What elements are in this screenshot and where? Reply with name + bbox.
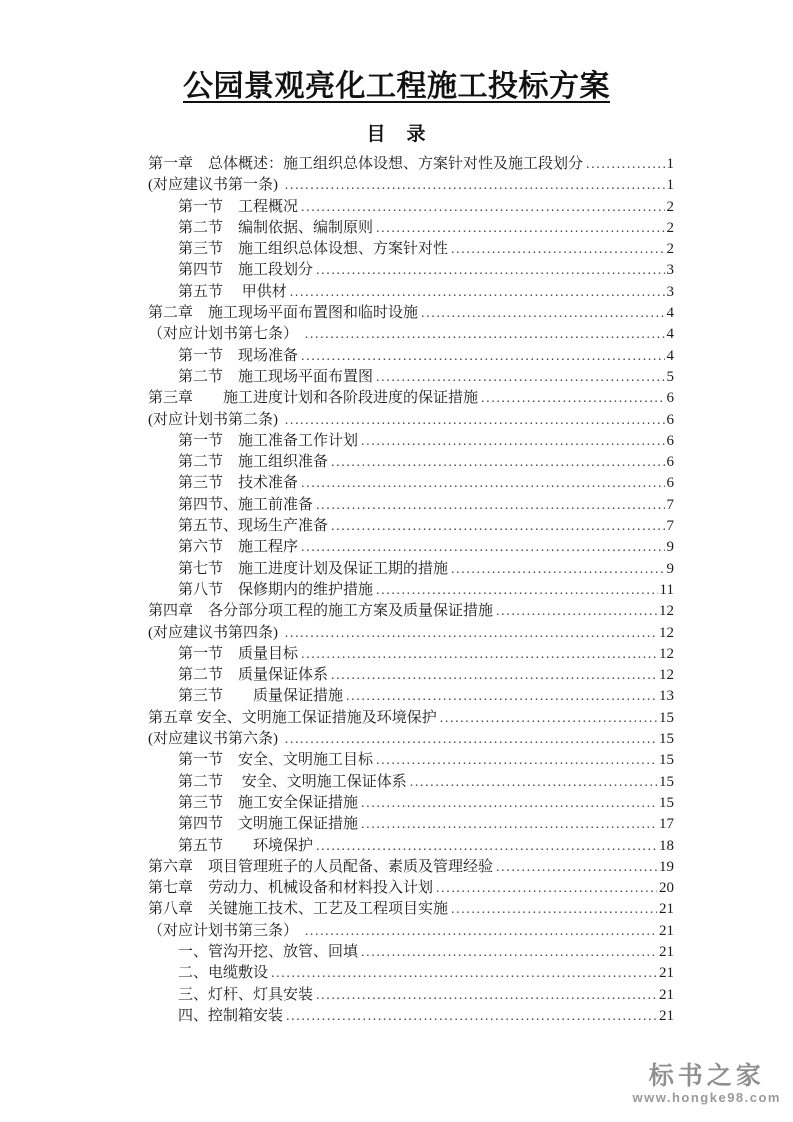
toc-dot-leader [285, 175, 665, 196]
toc-entry-text: 第二节 质量保证体系 [178, 665, 328, 686]
toc-page-number: 2 [667, 239, 675, 260]
toc-entry[interactable]: 第三节 质量保证措施13 [148, 686, 674, 707]
toc-entry-text: 第六章 项目管理班子的人员配备、素质及管理经验 [148, 857, 493, 878]
toc-list: 第一章 总体概述：施工组织总体设想、方案针对性及施工段划分1(对应建议书第一条)… [148, 154, 674, 1027]
toc-dot-leader [301, 644, 657, 665]
toc-entry[interactable]: 第二节 编制依据、编制原则2 [148, 218, 674, 239]
toc-entry[interactable]: (对应建议书第一条) 1 [148, 175, 674, 196]
toc-page-number: 9 [667, 559, 675, 580]
toc-entry[interactable]: 第一节 质量目标12 [148, 644, 674, 665]
toc-page-number: 6 [667, 431, 675, 452]
watermark-brand: 标书之家 [633, 1062, 782, 1090]
toc-page-number: 19 [659, 857, 674, 878]
toc-dot-leader [451, 239, 664, 260]
toc-entry-text: 第三节 施工安全保证措施 [178, 793, 358, 814]
toc-entry[interactable]: 一、管沟开挖、放管、回填21 [148, 942, 674, 963]
toc-page-number: 15 [659, 772, 674, 793]
toc-page-number: 15 [659, 750, 674, 771]
toc-page-number: 6 [667, 452, 675, 473]
toc-dot-leader [361, 942, 657, 963]
toc-entry[interactable]: 第八章 关键施工技术、工艺及工程项目实施21 [148, 899, 674, 920]
toc-entry-text: 第四章 各分部分项工程的施工方案及质量保证措施 [148, 601, 493, 622]
toc-page-number: 21 [659, 963, 674, 984]
toc-dot-leader [286, 1006, 657, 1027]
toc-entry[interactable]: 第六节 施工程序9 [148, 537, 674, 558]
toc-entry-text: 第二节 施工现场平面布置图 [178, 367, 373, 388]
toc-entry[interactable]: 第八节 保修期内的维护措施11 [148, 580, 674, 601]
toc-entry-text: 第四节 施工段划分 [178, 260, 313, 281]
toc-entry[interactable]: 第二节 安全、文明施工保证体系15 [148, 772, 674, 793]
toc-page-number: 18 [659, 836, 674, 857]
toc-entry[interactable]: 第七章 劳动力、机械设备和材料投入计划20 [148, 878, 674, 899]
toc-entry-text: 四、控制箱安装 [178, 1006, 283, 1027]
toc-entry[interactable]: 第四节 施工段划分3 [148, 260, 674, 281]
toc-page-number: 21 [659, 942, 674, 963]
toc-page-number: 12 [659, 644, 674, 665]
toc-page-number: 21 [659, 899, 674, 920]
toc-entry-text: 第二章 施工现场平面布置图和临时设施 [148, 303, 418, 324]
toc-dot-leader [290, 282, 665, 303]
toc-entry[interactable]: 第一节 施工准备工作计划6 [148, 431, 674, 452]
toc-entry-text: （对应计划书第三条） [148, 921, 302, 942]
toc-dot-leader [305, 921, 657, 942]
toc-entry-text: (对应建议书第六条) [148, 729, 282, 750]
toc-entry-text: 第二节 编制依据、编制原则 [178, 218, 373, 239]
toc-entry[interactable]: 第三节 施工组织总体设想、方案针对性2 [148, 239, 674, 260]
toc-dot-leader [436, 878, 657, 899]
toc-dot-leader [496, 857, 657, 878]
toc-entry[interactable]: 三、灯杆、灯具安装21 [148, 985, 674, 1006]
toc-page-number: 15 [659, 708, 674, 729]
toc-entry-text: (对应计划书第二条) [148, 410, 282, 431]
toc-entry-text: (对应建议书第四条) [148, 623, 282, 644]
toc-page-number: 15 [659, 793, 674, 814]
toc-entry[interactable]: 第四节 文明施工保证措施17 [148, 814, 674, 835]
toc-entry-text: 三、灯杆、灯具安装 [178, 985, 313, 1006]
toc-dot-leader [376, 218, 664, 239]
toc-entry[interactable]: 第五节、现场生产准备7 [148, 516, 674, 537]
toc-entry-text: 第三节 质量保证措施 [178, 686, 343, 707]
toc-entry[interactable]: （对应计划书第七条） 4 [148, 324, 674, 345]
toc-entry[interactable]: 第五节 甲供材3 [148, 282, 674, 303]
toc-dot-leader [421, 303, 664, 324]
toc-dot-leader [361, 793, 657, 814]
toc-entry-text: (对应建议书第一条) [148, 175, 282, 196]
toc-dot-leader [376, 580, 658, 601]
toc-page-number: 4 [667, 346, 675, 367]
watermark: 标书之家 www.hongke98.com [633, 1062, 782, 1106]
toc-entry[interactable]: 第一章 总体概述：施工组织总体设想、方案针对性及施工段划分1 [148, 154, 674, 175]
watermark-url: www.hongke98.com [633, 1090, 782, 1106]
toc-entry[interactable]: (对应建议书第六条) 15 [148, 729, 674, 750]
document-page: 公园景观亮化工程施工投标方案 目 录 第一章 总体概述：施工组织总体设想、方案针… [0, 0, 793, 1122]
toc-dot-leader [586, 154, 664, 175]
toc-entry-text: 第五章 安全、文明施工保证措施及环境保护 [148, 708, 437, 729]
toc-page-number: 2 [667, 218, 675, 239]
toc-entry-text: 第一节 质量目标 [178, 644, 298, 665]
toc-dot-leader [496, 601, 657, 622]
toc-entry-text: 第三节 施工组织总体设想、方案针对性 [178, 239, 448, 260]
toc-page-number: 6 [667, 388, 675, 409]
toc-dot-leader [271, 963, 657, 984]
toc-dot-leader [305, 324, 665, 345]
toc-entry[interactable]: （对应计划书第三条） 21 [148, 921, 674, 942]
toc-entry[interactable]: 第三章 施工进度计划和各阶段进度的保证措施6 [148, 388, 674, 409]
toc-entry[interactable]: 第七节 施工进度计划及保证工期的措施9 [148, 559, 674, 580]
toc-dot-leader [451, 899, 657, 920]
toc-page-number: 1 [667, 175, 675, 196]
toc-entry-text: 第六节 施工程序 [178, 537, 298, 558]
toc-page-number: 9 [667, 537, 675, 558]
toc-heading: 目 录 [0, 122, 793, 148]
toc-page-number: 13 [659, 686, 674, 707]
toc-entry-text: 第二节 施工组织准备 [178, 452, 328, 473]
toc-entry-text: 第八章 关键施工技术、工艺及工程项目实施 [148, 899, 448, 920]
toc-entry-text: 第七章 劳动力、机械设备和材料投入计划 [148, 878, 433, 899]
toc-dot-leader [361, 814, 657, 835]
toc-entry-text: 第五节、现场生产准备 [178, 516, 328, 537]
toc-dot-leader [361, 431, 664, 452]
toc-page-number: 6 [667, 473, 675, 494]
toc-dot-leader [301, 473, 664, 494]
toc-dot-leader [440, 708, 657, 729]
toc-dot-leader [301, 346, 664, 367]
toc-dot-leader [376, 367, 664, 388]
toc-entry-text: 第八节 保修期内的维护措施 [178, 580, 373, 601]
toc-dot-leader [481, 388, 664, 409]
toc-page-number: 1 [667, 154, 675, 175]
toc-dot-leader [331, 665, 657, 686]
toc-page-number: 17 [659, 814, 674, 835]
toc-page-number: 21 [659, 1006, 674, 1027]
toc-page-number: 4 [667, 303, 675, 324]
toc-entry[interactable]: 第二节 施工现场平面布置图5 [148, 367, 674, 388]
toc-page-number: 6 [667, 410, 675, 431]
toc-entry[interactable]: 二、电缆敷设21 [148, 963, 674, 984]
toc-page-number: 20 [659, 878, 674, 899]
toc-page-number: 4 [667, 324, 675, 345]
toc-page-number: 11 [660, 580, 674, 601]
toc-dot-leader [285, 623, 657, 644]
toc-entry[interactable]: 第五章 安全、文明施工保证措施及环境保护15 [148, 708, 674, 729]
toc-entry[interactable]: 第三节 施工安全保证措施15 [148, 793, 674, 814]
toc-dot-leader [301, 197, 664, 218]
toc-dot-leader [285, 729, 657, 750]
toc-entry[interactable]: 第一节 工程概况2 [148, 197, 674, 218]
toc-entry[interactable]: 第二节 施工组织准备6 [148, 452, 674, 473]
toc-entry[interactable]: (对应建议书第四条) 12 [148, 623, 674, 644]
toc-page-number: 21 [659, 921, 674, 942]
toc-dot-leader [410, 772, 657, 793]
toc-entry-text: 第三章 施工进度计划和各阶段进度的保证措施 [148, 388, 478, 409]
toc-entry[interactable]: 四、控制箱安装21 [148, 1006, 674, 1027]
toc-page-number: 12 [659, 601, 674, 622]
toc-entry[interactable]: 第二章 施工现场平面布置图和临时设施4 [148, 303, 674, 324]
toc-entry[interactable]: (对应计划书第二条) 6 [148, 410, 674, 431]
toc-entry-text: 第五节 环境保护 [178, 836, 313, 857]
toc-entry[interactable]: 第一节 现场准备4 [148, 346, 674, 367]
toc-dot-leader [285, 410, 665, 431]
toc-entry-text: 第四节、施工前准备 [178, 495, 313, 516]
toc-entry-text: 第五节 甲供材 [178, 282, 287, 303]
toc-entry-text: 第一节 安全、文明施工目标 [178, 750, 373, 771]
toc-dot-leader [346, 686, 657, 707]
toc-dot-leader [451, 559, 664, 580]
toc-page-number: 2 [667, 197, 675, 218]
toc-dot-leader [376, 750, 657, 771]
toc-page-number: 15 [659, 729, 674, 750]
toc-entry-text: 第一节 现场准备 [178, 346, 298, 367]
toc-page-number: 5 [667, 367, 675, 388]
toc-entry-text: 第四节 文明施工保证措施 [178, 814, 358, 835]
toc-page-number: 7 [667, 495, 675, 516]
document-title: 公园景观亮化工程施工投标方案 [0, 0, 793, 108]
toc-dot-leader [316, 985, 657, 1006]
toc-entry-text: （对应计划书第七条） [148, 324, 302, 345]
toc-entry[interactable]: 第四节、施工前准备7 [148, 495, 674, 516]
toc-entry-text: 第七节 施工进度计划及保证工期的措施 [178, 559, 448, 580]
toc-entry[interactable]: 第五节 环境保护18 [148, 836, 674, 857]
toc-dot-leader [316, 836, 657, 857]
toc-entry-text: 一、管沟开挖、放管、回填 [178, 942, 358, 963]
toc-dot-leader [316, 260, 664, 281]
toc-entry-text: 第一节 施工准备工作计划 [178, 431, 358, 452]
toc-entry[interactable]: 第一节 安全、文明施工目标15 [148, 750, 674, 771]
toc-page-number: 21 [659, 985, 674, 1006]
toc-page-number: 3 [667, 282, 675, 303]
toc-entry-text: 第一章 总体概述：施工组织总体设想、方案针对性及施工段划分 [148, 154, 583, 175]
toc-entry-text: 第三节 技术准备 [178, 473, 298, 494]
toc-dot-leader [316, 495, 664, 516]
toc-dot-leader [331, 452, 664, 473]
toc-page-number: 12 [659, 665, 674, 686]
toc-entry-text: 第一节 工程概况 [178, 197, 298, 218]
toc-entry-text: 二、电缆敷设 [178, 963, 268, 984]
toc-entry[interactable]: 第四章 各分部分项工程的施工方案及质量保证措施12 [148, 601, 674, 622]
toc-dot-leader [301, 537, 664, 558]
toc-page-number: 3 [667, 260, 675, 281]
toc-page-number: 7 [667, 516, 675, 537]
toc-entry[interactable]: 第六章 项目管理班子的人员配备、素质及管理经验19 [148, 857, 674, 878]
toc-entry[interactable]: 第二节 质量保证体系12 [148, 665, 674, 686]
toc-dot-leader [331, 516, 664, 537]
toc-entry[interactable]: 第三节 技术准备6 [148, 473, 674, 494]
toc-entry-text: 第二节 安全、文明施工保证体系 [178, 772, 407, 793]
toc-page-number: 12 [659, 623, 674, 644]
